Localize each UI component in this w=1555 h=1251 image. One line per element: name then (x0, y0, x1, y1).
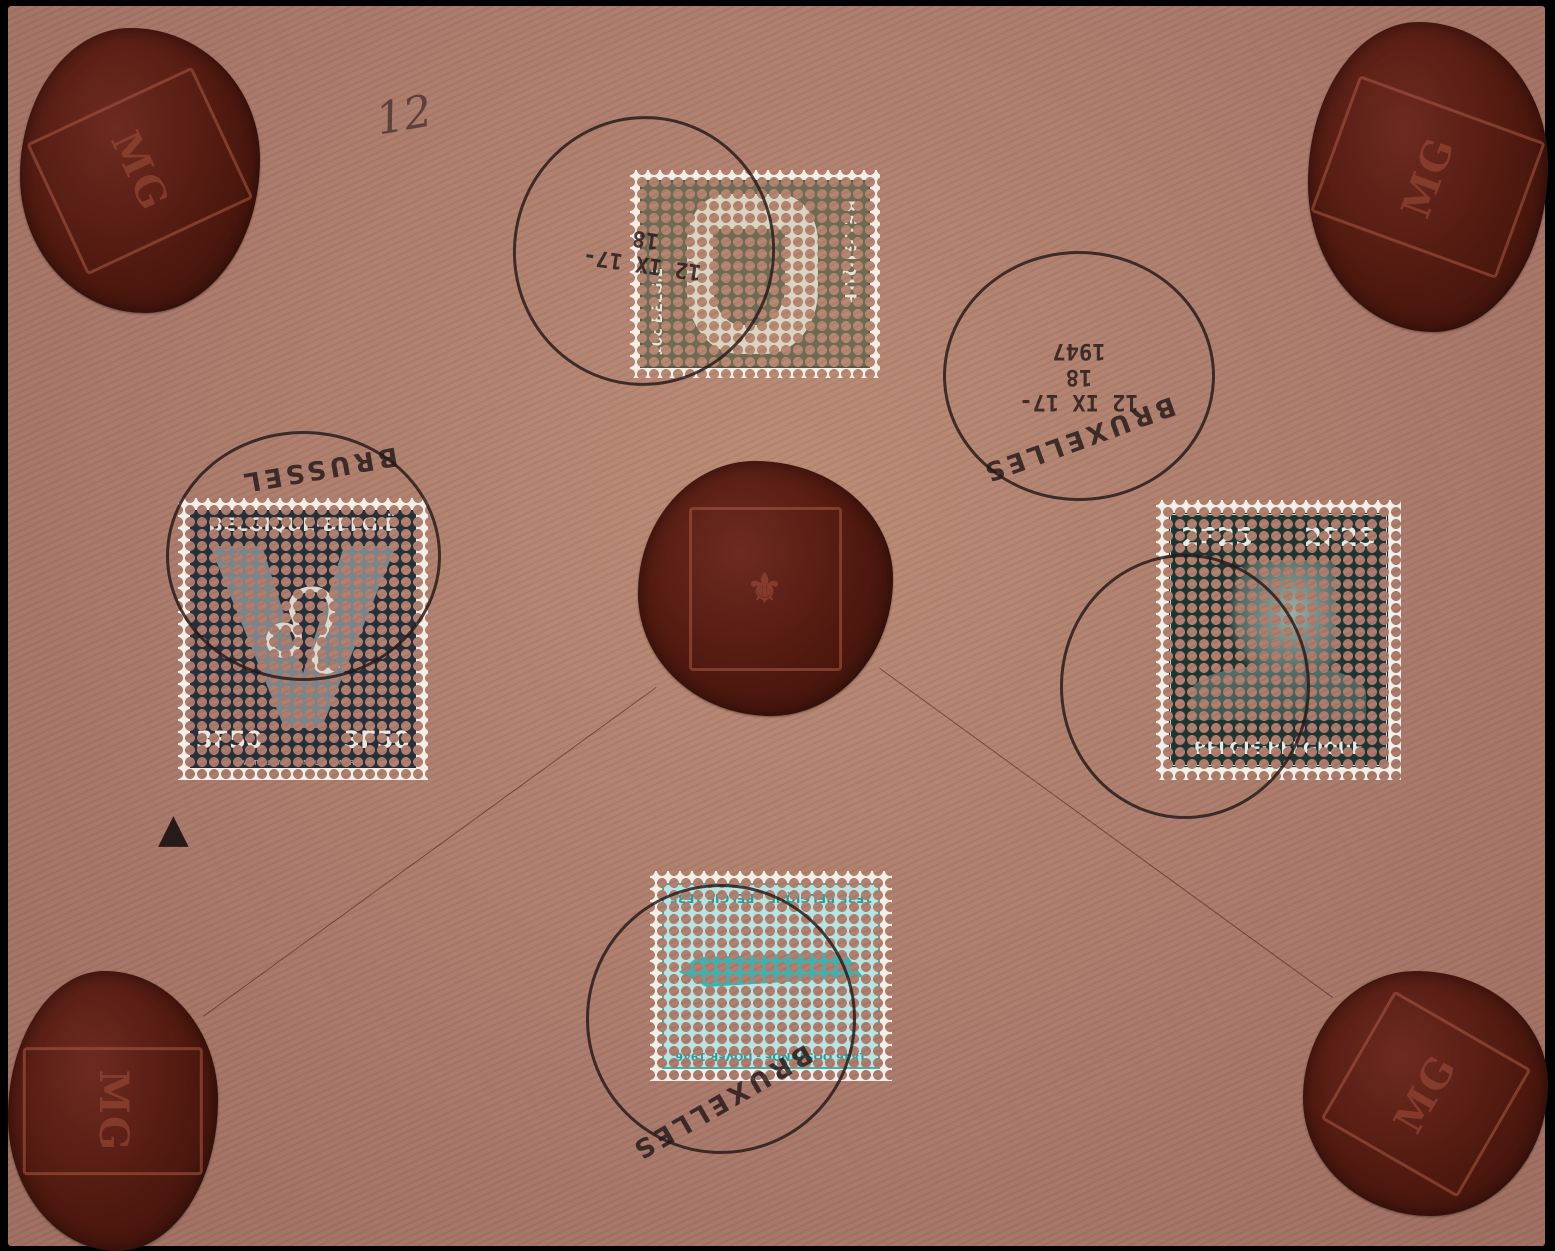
stamp-value-left: 3F50 (196, 726, 263, 754)
ink-mark: ▲ (158, 806, 189, 852)
stamp-value-left: 2F25 (1181, 523, 1253, 553)
stamp-value-right: 2F25 (1304, 523, 1376, 553)
postmark-top-right: 12 IX 17-18 1947 BRUXELLES (943, 251, 1215, 501)
stamp-value-right: 3F50 (344, 726, 411, 754)
seal-monogram: MG (1310, 75, 1546, 279)
postmark-date: 12 IX 17-18 (581, 224, 703, 284)
stamp-imprint: WATERLOW & SONS LTD LONDRES (190, 759, 416, 767)
postmark-bottom-center: BRUXELLES (586, 884, 856, 1154)
wax-seal-top-left: MG (20, 28, 260, 313)
stamp-country-text: BELGIQUE (834, 200, 860, 348)
seal-monogram: MG (1320, 990, 1531, 1197)
seal-crest: ⚜ (689, 506, 843, 670)
envelope-back: 12 ▲ MG MG ⚜ MG MG 10c BELGIE BELGIQUE B… (8, 6, 1545, 1246)
wax-seal-top-right: MG (1308, 22, 1548, 332)
postmark-year: 1947 (1013, 338, 1146, 363)
postmark-left: BRUSSEL (166, 431, 441, 681)
postmark-city: BRUSSEL (238, 440, 400, 497)
wax-seal-center: ⚜ (638, 461, 893, 716)
postmark-city: BRUXELLES (625, 1038, 817, 1166)
pencil-note: 12 (372, 86, 436, 146)
seal-monogram: MG (23, 1047, 203, 1175)
wax-seal-bottom-right: MG (1303, 971, 1548, 1216)
postmark-right (1060, 554, 1310, 819)
wax-seal-bottom-left: MG (8, 971, 218, 1251)
seal-monogram: MG (27, 66, 254, 275)
